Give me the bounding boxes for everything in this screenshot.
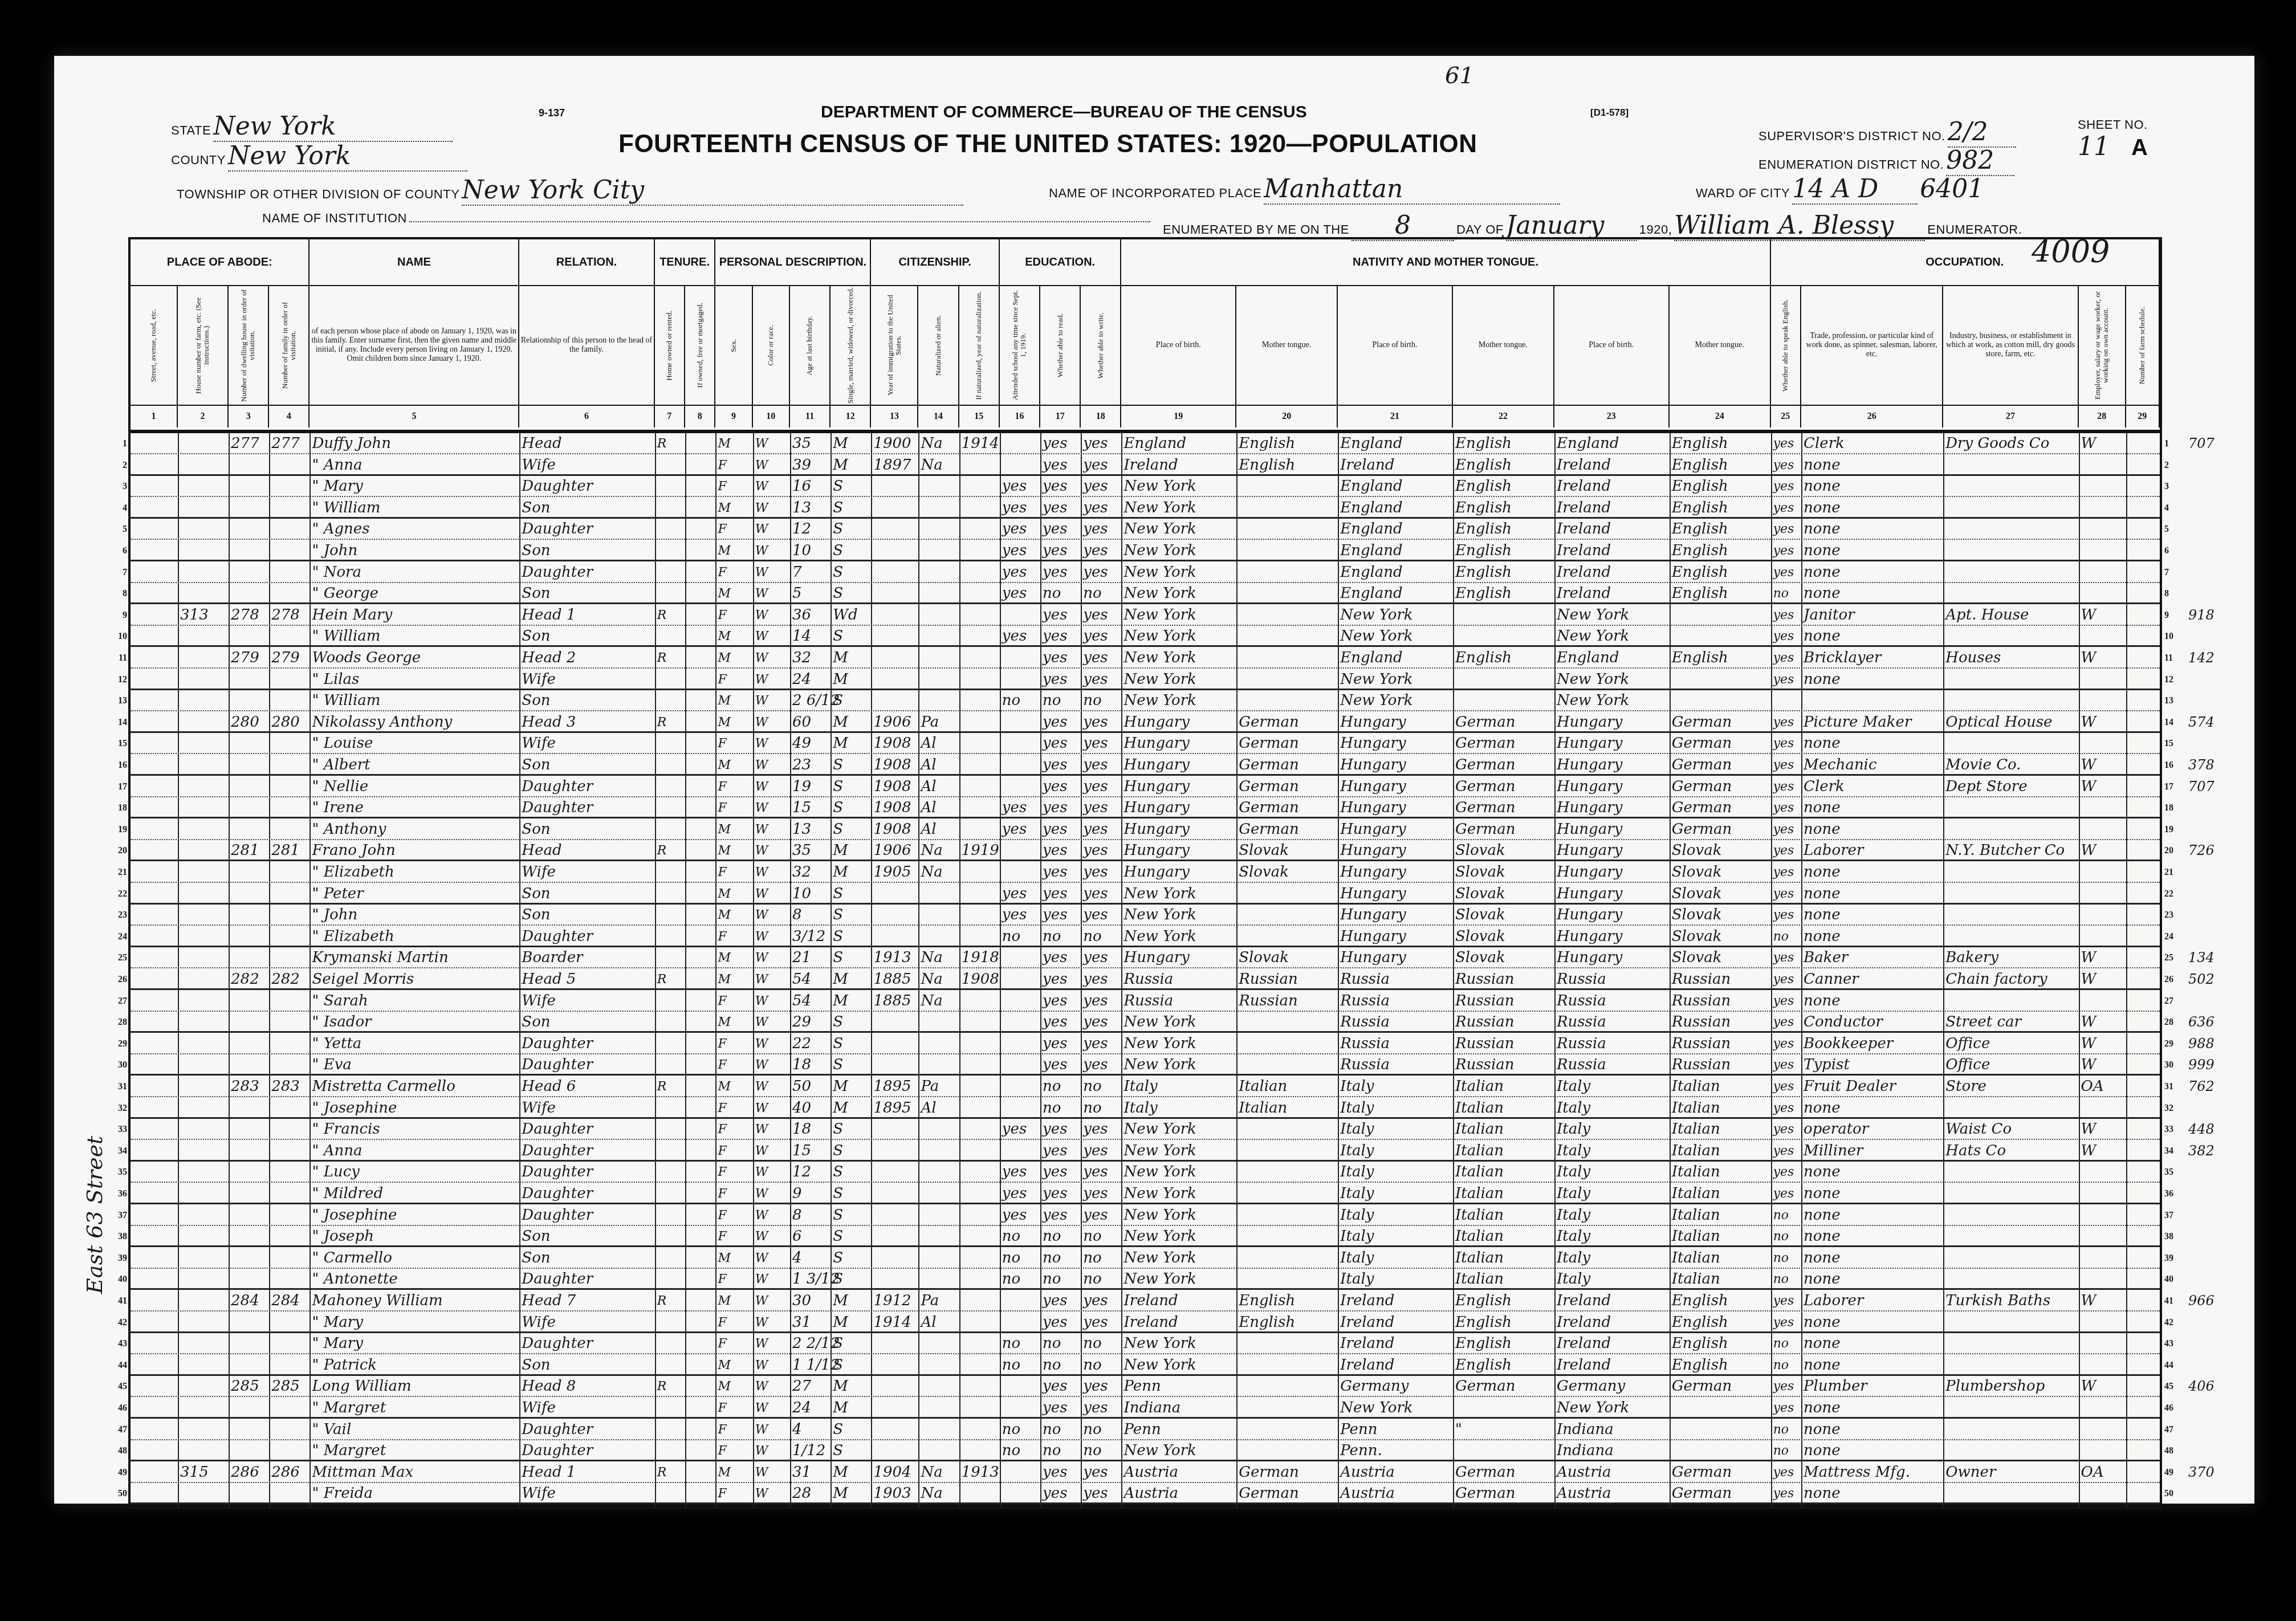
column-header: Sex. — [715, 285, 752, 405]
person-name: " Josephine — [310, 1098, 519, 1119]
line-number: 22 — [2164, 883, 2185, 905]
cell-emp: W — [2079, 840, 2126, 861]
column-number: 16 — [1000, 405, 1040, 427]
person-name: " Anna — [310, 455, 519, 476]
column-number: 29 — [2126, 405, 2160, 427]
cell-mpob: Italy — [1554, 1098, 1670, 1119]
cell-pob: New York — [1121, 1119, 1236, 1140]
cell-fpob: England — [1338, 519, 1453, 540]
cell-eng: yes — [1771, 969, 1801, 990]
cell-occ: none — [1801, 540, 1943, 561]
cell-ms: S — [831, 926, 871, 947]
line-number: 37 — [110, 1205, 127, 1226]
cell-sex: F — [715, 862, 752, 883]
cell-occ: none — [1801, 1419, 1943, 1440]
table-row: 2323 " JohnSonMW8SyesyesyesNew YorkHunga… — [131, 905, 2160, 926]
cell-occ: operator — [1801, 1119, 1943, 1140]
cell-ms: M — [831, 712, 871, 733]
cell-read: no — [1040, 690, 1081, 711]
cell-read: no — [1040, 926, 1081, 947]
line-number: 18 — [2164, 797, 2185, 818]
cell-age: 35 — [790, 840, 831, 861]
cell-fpob: Italy — [1338, 1098, 1453, 1119]
cell-rel: Daughter — [519, 926, 654, 947]
cell-pob: Italy — [1121, 1098, 1236, 1119]
cell-rel: Son — [519, 755, 654, 776]
cell-mmt: Russian — [1670, 1012, 1771, 1033]
cell-write: yes — [1081, 1119, 1121, 1140]
line-number: 21 — [110, 862, 127, 883]
cell-mpob: Hungary — [1554, 926, 1670, 947]
cell-nat: Na — [918, 969, 959, 990]
cell-sch: yes — [1000, 797, 1040, 818]
person-name: Woods George — [310, 647, 519, 669]
cell-imm: 1900 — [871, 433, 918, 454]
person-name: " Peter — [310, 883, 519, 905]
cell-sex: F — [715, 1440, 752, 1461]
cell-mmt: English — [1670, 1312, 1771, 1333]
cell-write: yes — [1081, 862, 1121, 883]
enumerated-on-label: ENUMERATED BY ME ON THE — [1163, 222, 1349, 237]
cell-pob: New York — [1121, 1440, 1236, 1461]
cell-sex: M — [715, 1248, 752, 1269]
line-number: 14 — [110, 712, 127, 733]
cell-rel: Wife — [519, 991, 654, 1012]
cell-mpob: Italy — [1554, 1248, 1670, 1269]
table-row: 1010 " WilliamSonMW14SyesyesyesNew YorkN… — [131, 626, 2160, 647]
person-name: " Antonette — [310, 1269, 519, 1290]
cell-mmt: English — [1670, 519, 1771, 540]
table-row: 3434 " AnnaDaughterFW15SyesyesNew YorkIt… — [131, 1141, 2160, 1162]
cell-read: yes — [1040, 1183, 1081, 1204]
cell-imm: 1897 — [871, 455, 918, 476]
year-label: 1920, — [1639, 222, 1672, 237]
cell-ind: Houses — [1943, 647, 2078, 669]
line-number: 40 — [2164, 1269, 2185, 1290]
cell-ms: S — [831, 1162, 871, 1183]
state-value: New York — [213, 112, 453, 142]
cell-sch: no — [1000, 926, 1040, 947]
cell-ms: S — [831, 583, 871, 604]
cell-occ: none — [1801, 669, 1943, 690]
line-number: 49 — [110, 1462, 127, 1483]
cell-rel: Daughter — [519, 1033, 654, 1054]
person-name: " Mary — [310, 476, 519, 497]
line-number: 37 — [2164, 1205, 2185, 1226]
cell-rel: Head — [519, 840, 654, 861]
cell-read: yes — [1040, 1205, 1081, 1226]
table-row: 3737 " JosephineDaughterFW8SyesyesyesNew… — [131, 1205, 2160, 1226]
cell-eng: yes — [1771, 1398, 1801, 1419]
cell-occ: none — [1801, 1269, 1943, 1290]
group-header: EDUCATION. — [1000, 239, 1122, 285]
column-number: 13 — [871, 405, 918, 427]
line-number: 3 — [2164, 476, 2185, 497]
cell-fpob: Hungary — [1338, 862, 1453, 883]
cell-write: yes — [1081, 712, 1121, 733]
cell-mpob: Indiana — [1554, 1440, 1670, 1461]
cell-mpob: Ireland — [1554, 1312, 1670, 1333]
line-number: 9 — [2164, 605, 2185, 626]
cell-mt: German — [1236, 1483, 1338, 1504]
cell-write: yes — [1081, 1033, 1121, 1054]
cell-mpob: New York — [1554, 626, 1670, 647]
cell-sex: M — [715, 647, 752, 669]
cell-pob: Hungary — [1121, 947, 1236, 968]
cell-imm: 1908 — [871, 819, 918, 840]
cell-nat: Al — [918, 1098, 959, 1119]
cell-mt: German — [1236, 797, 1338, 818]
cell-fpob: Italy — [1338, 1248, 1453, 1269]
cell-mpob: Hungary — [1554, 905, 1670, 926]
cell-occ: Conductor — [1801, 1012, 1943, 1033]
cell-rel: Wife — [519, 1398, 654, 1419]
cell-sex: F — [715, 669, 752, 690]
cell-fpob: New York — [1338, 626, 1453, 647]
person-name: " Lilas — [310, 669, 519, 690]
cell-race: W — [753, 797, 790, 818]
cell-mmt: Slovak — [1670, 905, 1771, 926]
cell-rel: Head 1 — [519, 1462, 654, 1483]
cell-ms: S — [831, 1033, 871, 1054]
cell-eng: yes — [1771, 819, 1801, 840]
cell-fpob: Austria — [1338, 1462, 1453, 1483]
cell-ind: Store — [1943, 1076, 2078, 1097]
cell-pob: Austria — [1121, 1462, 1236, 1483]
line-number: 40 — [110, 1269, 127, 1290]
line-number: 2 — [110, 455, 127, 476]
cell-read: yes — [1040, 669, 1081, 690]
person-name: " Anthony — [310, 819, 519, 840]
cell-ms: Wd — [831, 605, 871, 626]
cell-write: yes — [1081, 1183, 1121, 1204]
margin-note: 918 — [2188, 605, 2234, 626]
cell-eng: no — [1771, 1248, 1801, 1269]
township-label: TOWNSHIP OR OTHER DIVISION OF COUNTY — [177, 187, 459, 201]
cell-race: W — [753, 862, 790, 883]
cell-race: W — [753, 1269, 790, 1290]
cell-rel: Daughter — [519, 1419, 654, 1440]
cell-nat: Al — [918, 776, 959, 797]
cell-nat: Al — [918, 1312, 959, 1333]
cell-age: 54 — [790, 991, 831, 1012]
cell-nat: Na — [918, 947, 959, 968]
cell-read: yes — [1040, 755, 1081, 776]
cell-occ: Laborer — [1801, 1290, 1943, 1312]
cell-ms: S — [831, 498, 871, 519]
cell-ms: S — [831, 797, 871, 818]
cell-race: W — [753, 669, 790, 690]
margin-note: 382 — [2188, 1141, 2234, 1162]
cell-fmt: Italian — [1453, 1205, 1554, 1226]
cell-eng: yes — [1771, 755, 1801, 776]
line-number: 32 — [2164, 1098, 2185, 1119]
cell-ms: S — [831, 947, 871, 968]
cell-ms: M — [831, 1483, 871, 1504]
cell-write: yes — [1081, 819, 1121, 840]
cell-fpob: Hungary — [1338, 819, 1453, 840]
cell-natyr: 1913 — [959, 1462, 1000, 1483]
line-number: 34 — [110, 1141, 127, 1162]
cell-eng: yes — [1771, 797, 1801, 818]
table-row: 2424 " ElizabethDaughterFW3/12SnononoNew… — [131, 926, 2160, 947]
cell-age: 28 — [790, 1483, 831, 1504]
supervisor-label: SUPERVISOR'S DISTRICT NO. — [1758, 129, 1945, 143]
line-number: 36 — [2164, 1183, 2185, 1204]
column-number: 17 — [1040, 405, 1081, 427]
cell-tenure: R — [655, 712, 685, 733]
cell-pob: New York — [1121, 1141, 1236, 1162]
cell-sch: yes — [1000, 498, 1040, 519]
column-number: 25 — [1771, 405, 1801, 427]
person-name: Nikolassy Anthony — [310, 712, 519, 733]
cell-race: W — [753, 1054, 790, 1076]
cell-fam: 280 — [269, 712, 310, 733]
page-title: FOURTEENTH CENSUS OF THE UNITED STATES: … — [618, 130, 1477, 158]
cell-write: yes — [1081, 1312, 1121, 1333]
cell-mmt: Slovak — [1670, 883, 1771, 905]
cell-occ: Plumber — [1801, 1376, 1943, 1397]
cell-rel: Head 3 — [519, 712, 654, 733]
column-number: 14 — [918, 405, 959, 427]
cell-race: W — [753, 1419, 790, 1440]
cell-sch: yes — [1000, 1183, 1040, 1204]
cell-mpob: Hungary — [1554, 776, 1670, 797]
margin-note: 726 — [2188, 840, 2234, 861]
cell-ind: Movie Co. — [1943, 755, 2078, 776]
cell-mpob: Hungary — [1554, 733, 1670, 754]
cell-fpob: Hungary — [1338, 776, 1453, 797]
person-name: " Josephine — [310, 1205, 519, 1226]
person-name: " Irene — [310, 797, 519, 818]
cell-ms: S — [831, 1012, 871, 1033]
cell-age: 2 2/12 — [790, 1333, 831, 1354]
cell-fmt: German — [1453, 797, 1554, 818]
cell-occ: none — [1801, 1483, 1943, 1504]
cell-imm: 1908 — [871, 776, 918, 797]
cell-write: yes — [1081, 755, 1121, 776]
cell-sex: M — [715, 969, 752, 990]
cell-write: yes — [1081, 605, 1121, 626]
cell-write: yes — [1081, 455, 1121, 476]
table-row: 2626Seigel Morris282282Head 5RMW54M1885N… — [131, 969, 2160, 990]
cell-rel: Son — [519, 1226, 654, 1247]
cell-read: no — [1040, 1419, 1081, 1440]
ward-value: 14 A D — [1792, 174, 1918, 205]
cell-occ: Bookkeeper — [1801, 1033, 1943, 1054]
cell-fmt: Italian — [1453, 1269, 1554, 1290]
cell-mt: Slovak — [1236, 862, 1338, 883]
state-field: STATE New York — [171, 112, 453, 142]
cell-read: yes — [1040, 991, 1081, 1012]
cell-mmt: Russian — [1670, 1054, 1771, 1076]
cell-fpob: New York — [1338, 669, 1453, 690]
person-name: " William — [310, 498, 519, 519]
line-number: 34 — [2164, 1141, 2185, 1162]
cell-rel: Head — [519, 433, 654, 454]
person-name: " John — [310, 540, 519, 561]
cell-sex: M — [715, 1076, 752, 1097]
table-row: 4242 " MaryWifeFW31M1914AlyesyesIrelandE… — [131, 1312, 2160, 1333]
cell-mpob: Russia — [1554, 969, 1670, 990]
cell-age: 18 — [790, 1119, 831, 1140]
cell-sex: M — [715, 755, 752, 776]
table-row: 4444 " PatrickSonMW1 1/12SnononoNew York… — [131, 1355, 2160, 1376]
line-number: 22 — [110, 883, 127, 905]
cell-read: no — [1040, 1333, 1081, 1354]
person-name: " Nellie — [310, 776, 519, 797]
cell-ms: M — [831, 1076, 871, 1097]
cell-age: 32 — [790, 647, 831, 669]
cell-fmt: English — [1453, 433, 1554, 454]
cell-rel: Wife — [519, 862, 654, 883]
table-row: 1717 " NellieDaughterFW19S1908AlyesyesHu… — [131, 776, 2160, 797]
person-name: " George — [310, 583, 519, 604]
line-number: 27 — [110, 991, 127, 1012]
cell-eng: yes — [1771, 1054, 1801, 1076]
cell-nat: Al — [918, 755, 959, 776]
cell-ind: Office — [1943, 1054, 2078, 1076]
cell-fpob: Russia — [1338, 991, 1453, 1012]
cell-mpob: New York — [1554, 1398, 1670, 1419]
column-header: Single, married, widowed, or divorced. — [831, 285, 871, 405]
cell-pob: New York — [1121, 1054, 1236, 1076]
cell-eng: yes — [1771, 1012, 1801, 1033]
cell-fpob: Russia — [1338, 969, 1453, 990]
cell-mpob: Italy — [1554, 1076, 1670, 1097]
cell-age: 19 — [790, 776, 831, 797]
cell-sex: F — [715, 455, 752, 476]
cell-read: yes — [1040, 433, 1081, 454]
cell-race: W — [753, 605, 790, 626]
cell-age: 10 — [790, 540, 831, 561]
cell-mt: Russian — [1236, 991, 1338, 1012]
cell-eng: yes — [1771, 519, 1801, 540]
line-number: 9 — [110, 605, 127, 626]
cell-fmt: English — [1453, 455, 1554, 476]
cell-sex: M — [715, 883, 752, 905]
cell-age: 12 — [790, 519, 831, 540]
street-margin-note: East 63 Street — [82, 1136, 107, 1294]
person-name: Frano John — [310, 840, 519, 861]
column-header: Trade, profession, or particular kind of… — [1801, 285, 1943, 405]
cell-read: yes — [1040, 1033, 1081, 1054]
table-row: 3939 " CarmelloSonMW4SnononoNew YorkItal… — [131, 1248, 2160, 1269]
cell-sch: yes — [1000, 1162, 1040, 1183]
cell-age: 23 — [790, 755, 831, 776]
line-number: 45 — [110, 1376, 127, 1397]
cell-age: 3/12 — [790, 926, 831, 947]
line-number: 13 — [110, 690, 127, 711]
margin-note: 707 — [2188, 433, 2234, 454]
cell-sex: F — [715, 1162, 752, 1183]
cell-rel: Head 6 — [519, 1076, 654, 1097]
person-name: " Yetta — [310, 1033, 519, 1054]
cell-tenure: R — [655, 433, 685, 454]
cell-mt: German — [1236, 733, 1338, 754]
form-number: 9-137 — [539, 107, 565, 119]
cell-fpob: Hungary — [1338, 926, 1453, 947]
column-number: 28 — [2079, 405, 2126, 427]
cell-sex: F — [715, 1398, 752, 1419]
column-header: Age at last birthday. — [790, 285, 831, 405]
cell-write: yes — [1081, 647, 1121, 669]
cell-fpob: Italy — [1338, 1269, 1453, 1290]
cell-dw: 279 — [229, 647, 269, 669]
line-number: 15 — [2164, 733, 2185, 754]
cell-fmt: English — [1453, 1312, 1554, 1333]
line-number: 28 — [110, 1012, 127, 1033]
cell-fmt: Slovak — [1453, 926, 1554, 947]
cell-eng: yes — [1771, 947, 1801, 968]
table-row: 2525Krymanski MartinBoarderMW21S1913Na19… — [131, 947, 2160, 968]
person-name: " Louise — [310, 733, 519, 754]
cell-fmt: English — [1453, 583, 1554, 604]
column-number: 23 — [1554, 405, 1670, 427]
cell-ms: S — [831, 1333, 871, 1354]
cell-fam: 281 — [269, 840, 310, 861]
table-row: 33 " MaryDaughterFW16SyesyesyesNew YorkE… — [131, 476, 2160, 497]
line-number: 50 — [110, 1483, 127, 1504]
column-header: If naturalized, year of naturalization. — [959, 285, 1000, 405]
cell-sch: yes — [1000, 1205, 1040, 1226]
cell-eng: yes — [1771, 1312, 1801, 1333]
cell-imm: 1903 — [871, 1483, 918, 1504]
cell-nat: Na — [918, 455, 959, 476]
cell-fmt: English — [1453, 1355, 1554, 1376]
cell-write: yes — [1081, 1376, 1121, 1397]
person-name: " Margret — [310, 1398, 519, 1419]
table-row: 44 " WilliamSonMW13SyesyesyesNew YorkEng… — [131, 498, 2160, 519]
cell-ind: Owner — [1943, 1462, 2078, 1483]
cell-tenure: R — [655, 605, 685, 626]
cell-fmt: Slovak — [1453, 840, 1554, 861]
cell-pob: New York — [1121, 647, 1236, 669]
cell-read: yes — [1040, 1462, 1081, 1483]
cell-read: no — [1040, 1440, 1081, 1461]
cell-fpob: Italy — [1338, 1119, 1453, 1140]
column-header: Mother tongue. — [1236, 285, 1338, 405]
cell-fpob: Germany — [1338, 1376, 1453, 1397]
cell-emp: W — [2079, 1141, 2126, 1162]
cell-mpob: Hungary — [1554, 712, 1670, 733]
person-name: " Isador — [310, 1012, 519, 1033]
ward-label: WARD OF CITY — [1696, 186, 1790, 200]
cell-sex: F — [715, 926, 752, 947]
table-row: 3131Mistretta Carmello283283Head 6RMW50M… — [131, 1076, 2160, 1097]
cell-read: yes — [1040, 476, 1081, 497]
cell-imm: 1906 — [871, 840, 918, 861]
cell-race: W — [753, 1226, 790, 1247]
person-name: Krymanski Martin — [310, 947, 519, 968]
margin-note: 142 — [2188, 647, 2234, 669]
cell-mt: Slovak — [1236, 840, 1338, 861]
table-row: 4040 " AntonetteDaughterFW1 3/12SnononoN… — [131, 1269, 2160, 1290]
incorporated-place-field: NAME OF INCORPORATED PLACE Manhattan — [1049, 174, 1560, 205]
cell-pob: Russia — [1121, 969, 1236, 990]
cell-pob: New York — [1121, 1162, 1236, 1183]
cell-occ: Clerk — [1801, 776, 1943, 797]
cell-race: W — [753, 1376, 790, 1397]
cell-pob: Hungary — [1121, 776, 1236, 797]
cell-pob: Ireland — [1121, 455, 1236, 476]
line-number: 45 — [2164, 1376, 2185, 1397]
cell-mt: Russian — [1236, 969, 1338, 990]
cell-dw: 277 — [229, 433, 269, 454]
cell-age: 1 1/12 — [790, 1355, 831, 1376]
line-number: 29 — [110, 1033, 127, 1054]
line-number: 10 — [2164, 626, 2185, 647]
